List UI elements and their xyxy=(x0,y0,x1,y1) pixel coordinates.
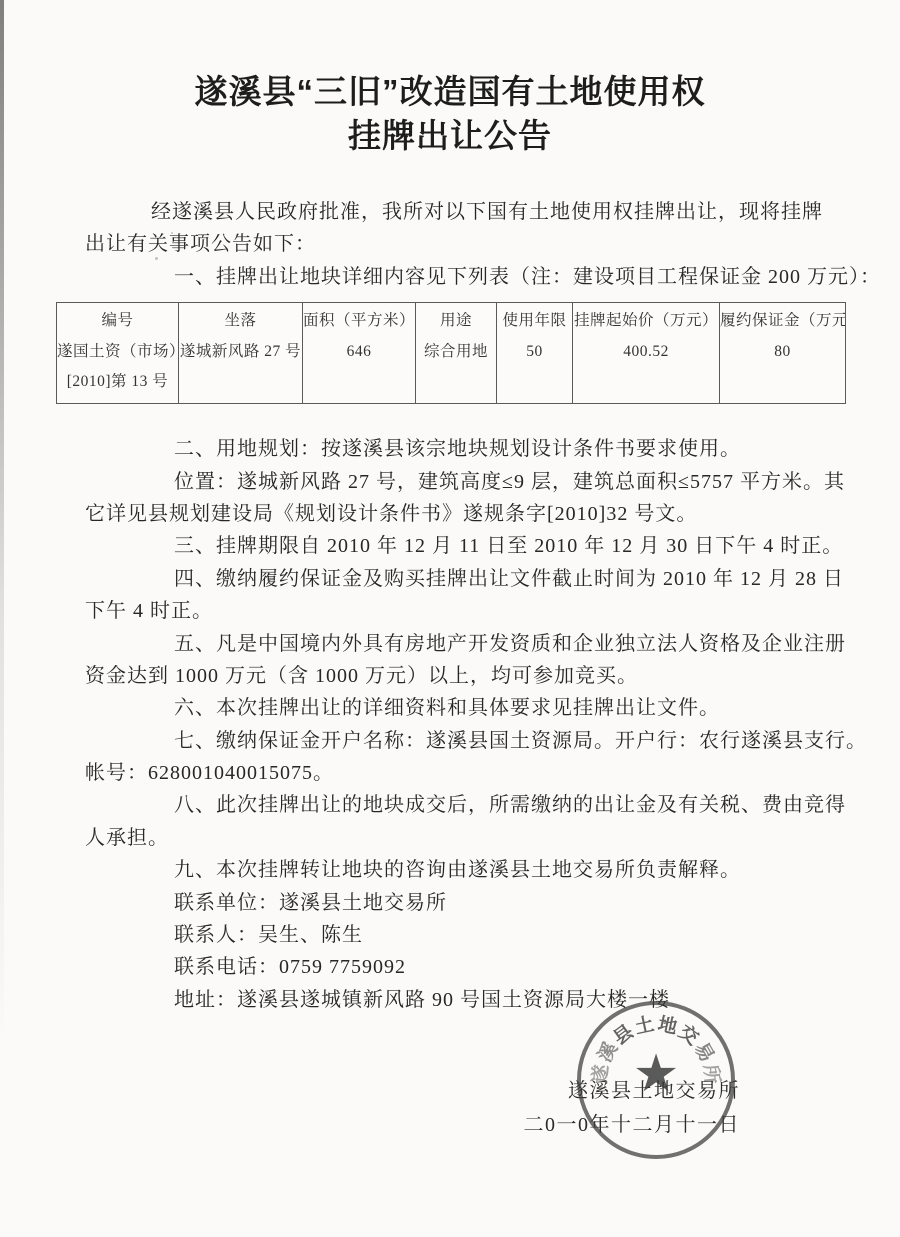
section-item-2: 二、用地规划：按遂溪县该宗地块规划设计条件书要求使用。 xyxy=(85,433,857,465)
column-header: 用途 xyxy=(416,303,496,337)
seal-char: 易 xyxy=(689,1037,722,1067)
table-column-deposit: 履约保证金（万元） 80 xyxy=(720,303,845,403)
seal-char: 交 xyxy=(674,1017,705,1050)
contact-phone-line: 联系电话：0759 7759092 xyxy=(85,951,857,983)
intro-paragraph-line: 出让有关事项公告如下： xyxy=(85,228,857,260)
column-header: 挂牌起始价（万元） xyxy=(573,303,719,337)
table-column-number: 编号 遂国土资（市场） [2010]第 13 号 xyxy=(57,303,179,403)
location-line: 它详见县规划建设局《规划设计条件书》遂规条字[2010]32 号文。 xyxy=(85,498,857,530)
scanner-edge-shadow xyxy=(0,0,4,1100)
cell-value: 综合用地 xyxy=(416,337,496,367)
cell-value: 400.52 xyxy=(573,337,719,367)
section-item-7: 七、缴纳保证金开户名称：遂溪县国土资源局。开户行：农行遂溪县支行。 xyxy=(85,725,857,757)
column-header: 坐落 xyxy=(179,303,302,337)
document-body: 经遂溪县人民政府批准，我所对以下国有土地使用权挂牌出让，现将挂牌 出让有关事项公… xyxy=(85,196,857,1016)
cell-value: 80 xyxy=(720,337,845,367)
column-header: 使用年限 xyxy=(497,303,572,337)
cell-value: 50 xyxy=(497,337,572,367)
seal-char: 县 xyxy=(607,1017,638,1050)
section-item-1: 一、挂牌出让地块详细内容见下列表（注：建设项目工程保证金 200 万元）： xyxy=(85,261,857,293)
column-header: 面积（平方米） xyxy=(303,303,415,337)
section-item-3: 三、挂牌期限自 2010 年 12 月 11 日至 2010 年 12 月 30… xyxy=(85,530,857,562)
section-item-5-cont: 资金达到 1000 万元（含 1000 万元）以上，均可参加竞买。 xyxy=(85,660,857,692)
section-item-6: 六、本次挂牌出让的详细资料和具体要求见挂牌出让文件。 xyxy=(85,692,857,724)
cell-value: 遂国土资（市场） xyxy=(57,337,178,367)
title-line-1: 遂溪县“三旧”改造国有土地使用权 xyxy=(0,70,900,114)
parcel-table: 编号 遂国土资（市场） [2010]第 13 号 坐落 遂城新风路 27 号 面… xyxy=(56,302,846,404)
section-item-4-cont: 下午 4 时正。 xyxy=(85,595,857,627)
table-column-use: 用途 综合用地 xyxy=(416,303,497,403)
cell-value: 646 xyxy=(303,337,415,367)
signature-block: 遂溪县土地交易所 二0一0年十二月十一日 xyxy=(524,1074,741,1142)
table-column-area: 面积（平方米） 646 xyxy=(303,303,416,403)
contact-person-line: 联系人：吴生、陈生 xyxy=(85,919,857,951)
cell-value: [2010]第 13 号 xyxy=(57,367,178,397)
document-title: 遂溪县“三旧”改造国有土地使用权 挂牌出让公告 xyxy=(0,70,900,158)
signature-org: 遂溪县土地交易所 xyxy=(524,1074,741,1108)
table-column-start-price: 挂牌起始价（万元） 400.52 xyxy=(573,303,720,403)
intro-paragraph-line: 经遂溪县人民政府批准，我所对以下国有土地使用权挂牌出让，现将挂牌 xyxy=(85,196,857,228)
section-item-9: 九、本次挂牌转让地块的咨询由遂溪县土地交易所负责解释。 xyxy=(85,854,857,886)
title-line-2: 挂牌出让公告 xyxy=(0,114,900,158)
contact-unit-line: 联系单位：遂溪县土地交易所 xyxy=(85,887,857,919)
column-header: 编号 xyxy=(57,303,178,337)
seal-char: 溪 xyxy=(590,1037,623,1067)
signature-date: 二0一0年十二月十一日 xyxy=(524,1108,741,1142)
location-line: 位置：遂城新风路 27 号，建筑高度≤9 层，建筑总面积≤5757 平方米。其 xyxy=(85,466,857,498)
section-item-8: 八、此次挂牌出让的地块成交后，所需缴纳的出让金及有关税、费由竞得 xyxy=(85,789,857,821)
table-column-location: 坐落 遂城新风路 27 号 xyxy=(179,303,303,403)
section-item-5: 五、凡是中国境内外具有房地产开发资质和企业独立法人资格及企业注册 xyxy=(85,628,857,660)
section-item-8-cont: 人承担。 xyxy=(85,822,857,854)
account-number-line: 帐号：628001040015075。 xyxy=(85,757,857,789)
section-item-4: 四、缴纳履约保证金及购买挂牌出让文件截止时间为 2010 年 12 月 28 日 xyxy=(85,563,857,595)
cell-value: 遂城新风路 27 号 xyxy=(179,337,302,367)
column-header: 履约保证金（万元） xyxy=(720,303,845,337)
contact-address-line: 地址：遂溪县遂城镇新风路 90 号国土资源局大楼一楼 xyxy=(85,984,857,1016)
table-column-term: 使用年限 50 xyxy=(497,303,573,403)
